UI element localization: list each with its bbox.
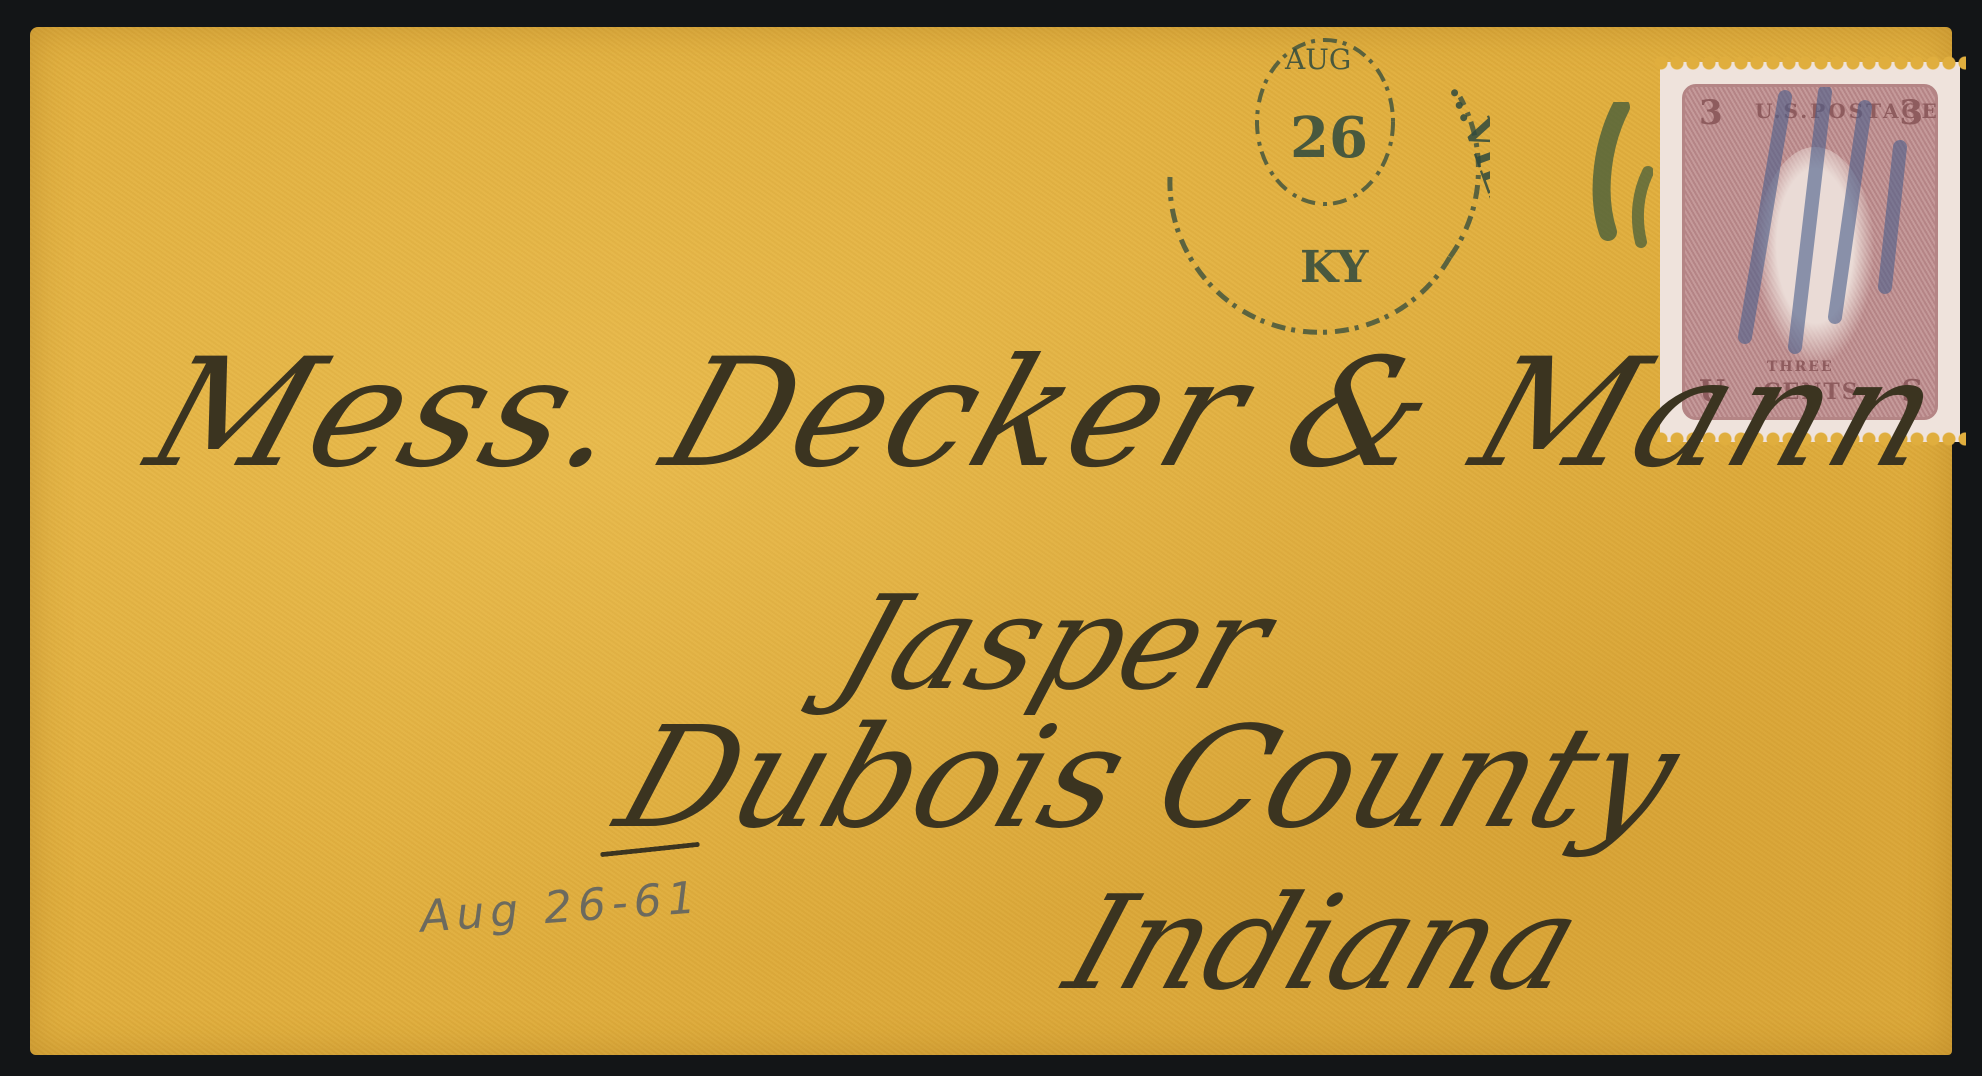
postmark-state: KY — [1300, 242, 1369, 293]
postmark-icon: AUG 26 KY ...VILLE — [1150, 27, 1490, 337]
address-line-recipient: Mess. Decker & Mann — [130, 327, 1964, 501]
killer-cancel-icon — [1583, 102, 1653, 252]
address-line-county: Dubois County — [600, 697, 1697, 860]
address-line-state: Indiana — [1050, 867, 1598, 1019]
envelope: AUG 26 KY ...VILLE 3 U.S.POSTAGE 3 U THR… — [30, 27, 1952, 1055]
postmark-month: AUG — [1284, 43, 1351, 76]
pencil-docket-note: Aug 26-61 — [419, 872, 704, 943]
postmark-day: 26 — [1290, 105, 1368, 171]
stamp-corner-tl: 3 — [1699, 93, 1723, 133]
postmark-cancel: AUG 26 KY ...VILLE — [1150, 27, 1490, 337]
